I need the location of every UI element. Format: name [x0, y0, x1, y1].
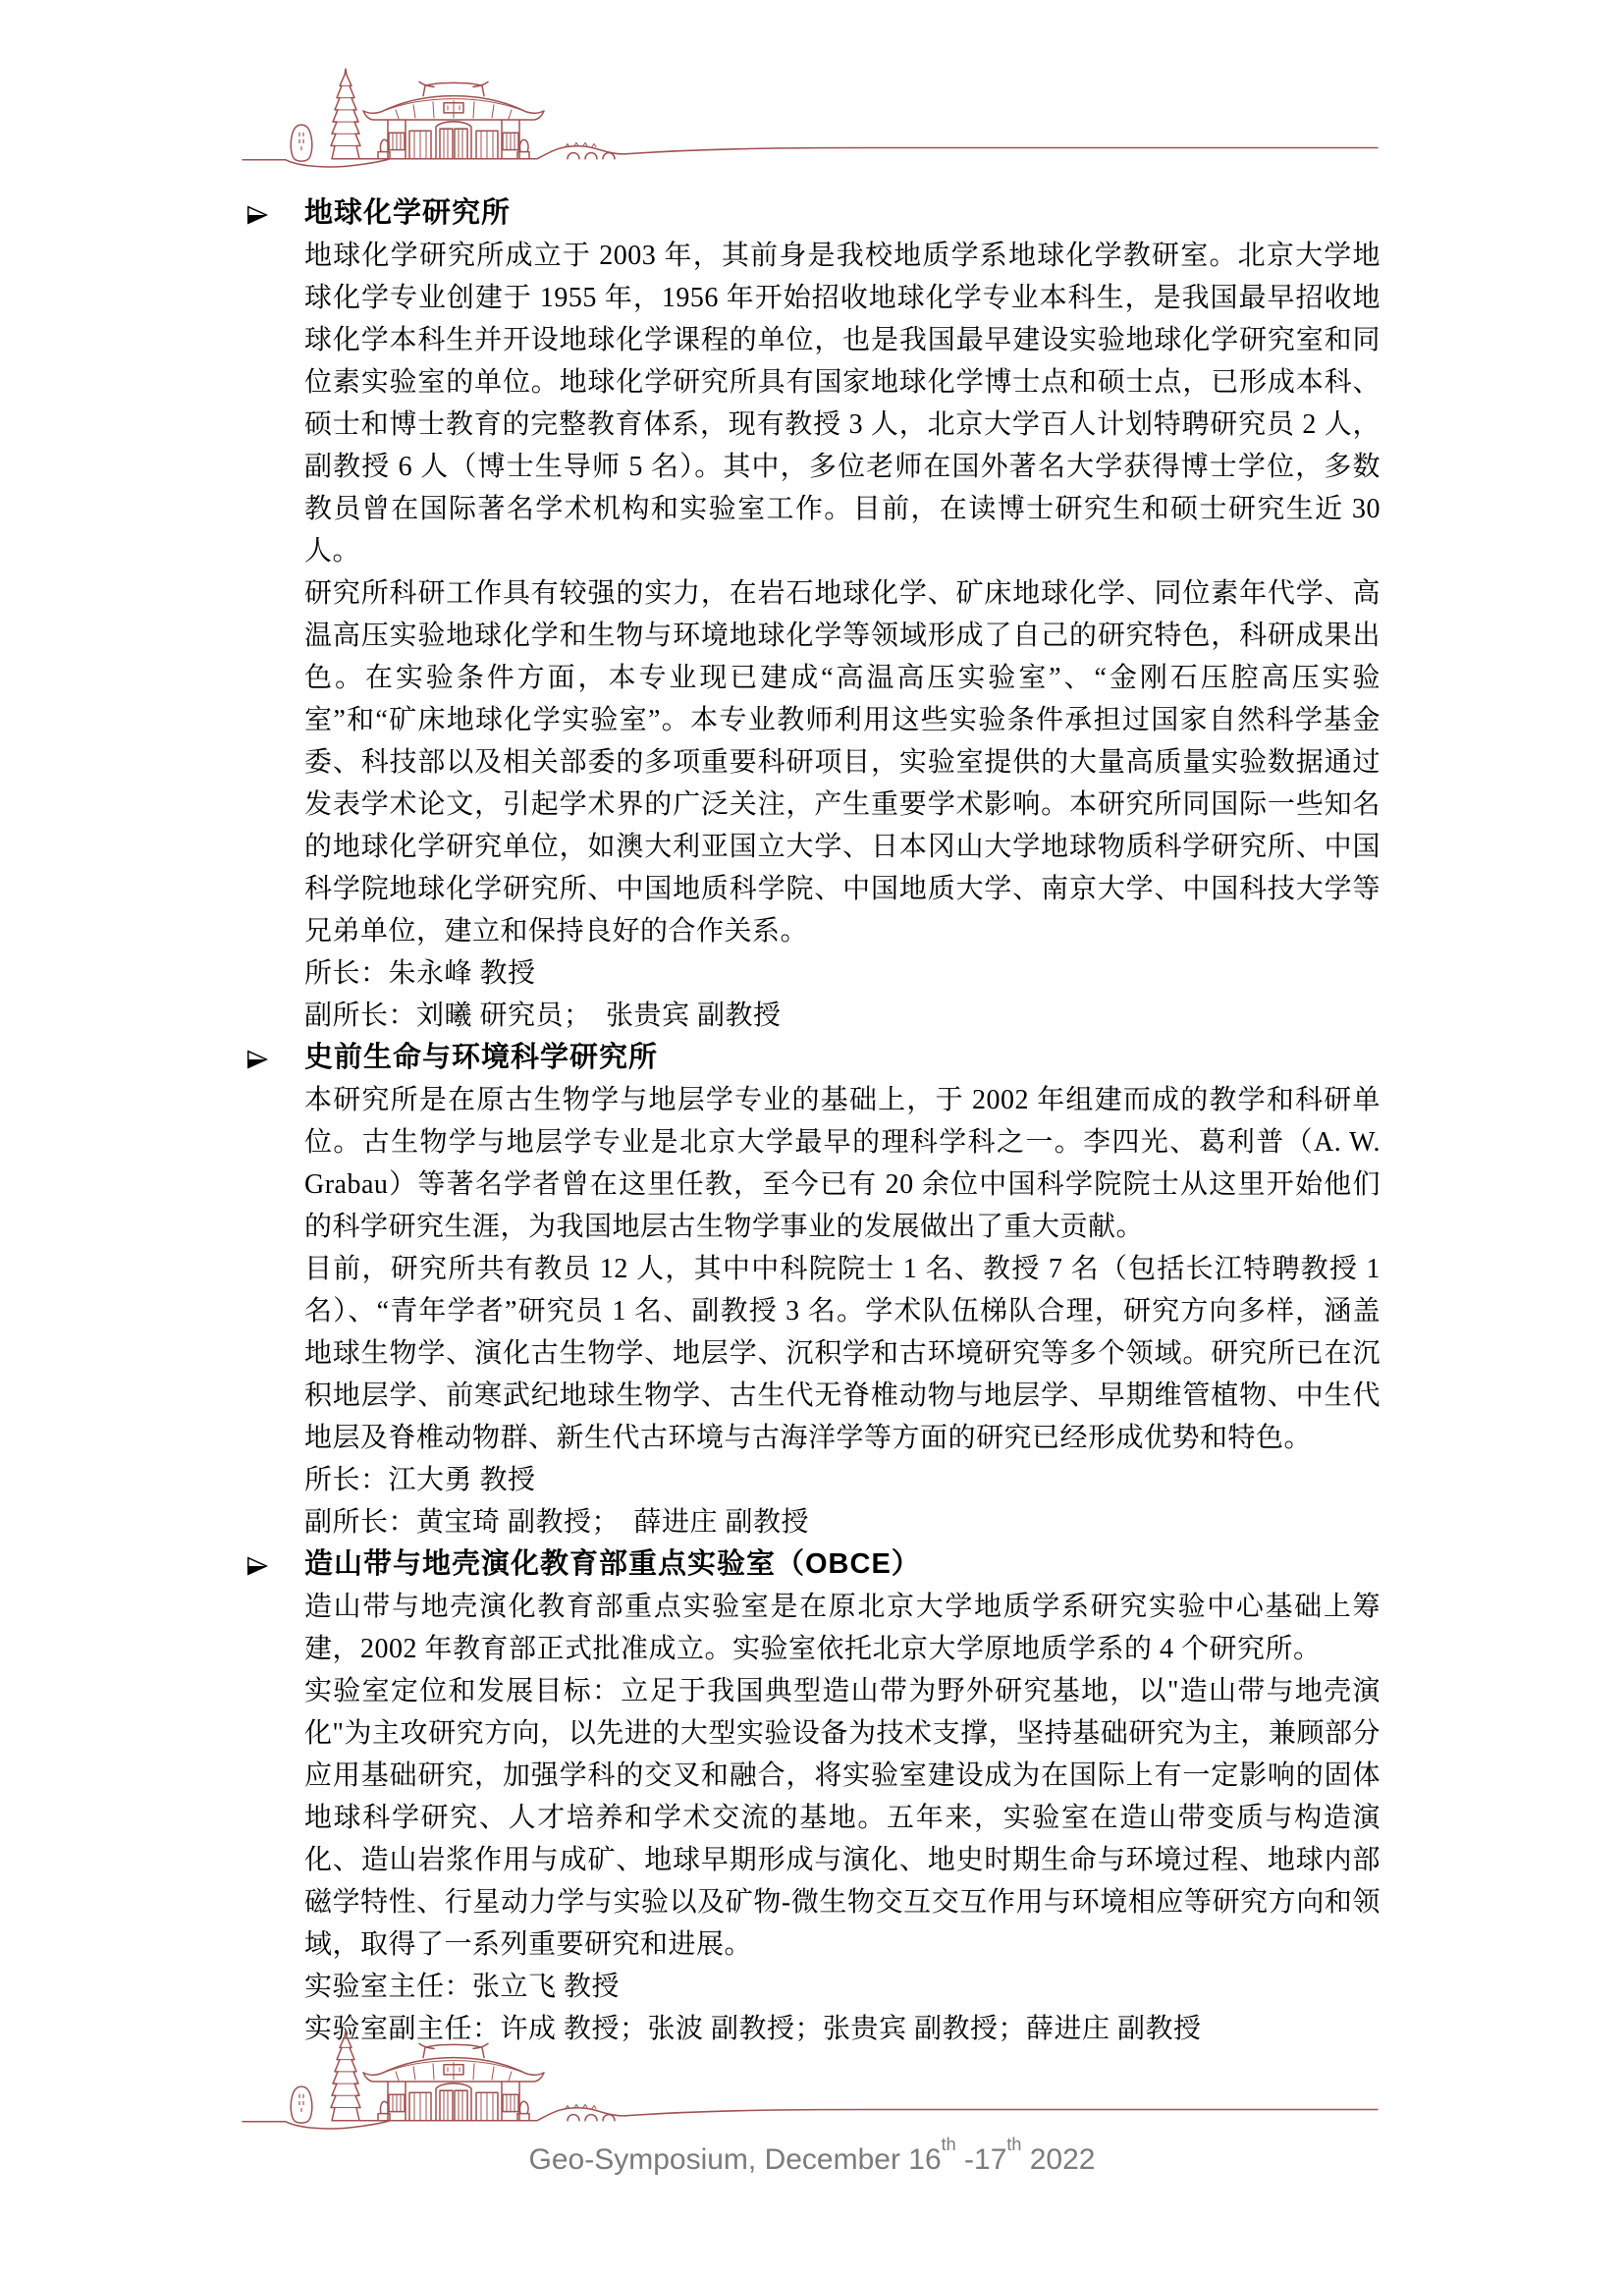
section-paragraph: 造山带与地壳演化教育部重点实验室是在原北京大学地质学系研究实验中心基础上筹建，2… [304, 1586, 1380, 1670]
pku-west-gate-drawing-footer [241, 2025, 1380, 2135]
footer-text-mid: -17 [956, 2143, 1007, 2176]
section-paragraph: 目前，研究所共有教员 12 人，其中中科院院士 1 名、教授 7 名（包括长江特… [304, 1248, 1380, 1459]
section-obce-lab: 造山带与地壳演化教育部重点实验室（OBCE） 造山带与地壳演化教育部重点实验室是… [304, 1543, 1380, 2050]
section-title: 地球化学研究所 [304, 197, 511, 229]
deputy-director-line: 副所长：刘曦 研究员； 张贵宾 副教授 [304, 995, 1380, 1037]
footer-text-prefix: Geo-Symposium, December 16 [529, 2143, 942, 2176]
bullet-arrowhead-icon [245, 1552, 269, 1576]
section-paragraph: 实验室定位和发展目标：立足于我国典型造山带为野外研究基地，以"造山带与地壳演化"… [304, 1670, 1380, 1966]
section-paragraph: 本研究所是在原古生物学与地层学专业的基础上，于 2002 年组建而成的教学和科研… [304, 1079, 1380, 1248]
section-prehistoric-life: 史前生命与环境科学研究所 本研究所是在原古生物学与地层学专业的基础上，于 200… [304, 1037, 1380, 1543]
section-title: 史前生命与环境科学研究所 [304, 1042, 658, 1073]
document-page: 地球化学研究所 地球化学研究所成立于 2003 年，其前身是我校地质学系地球化学… [0, 0, 1624, 2274]
director-line: 所长：朱永峰 教授 [304, 952, 1380, 995]
footer-ordinal-suffix: th [942, 2135, 956, 2154]
section-heading: 史前生命与环境科学研究所 [304, 1037, 1380, 1079]
bullet-arrowhead-icon [245, 201, 269, 225]
section-paragraph: 研究所科研工作具有较强的实力，在岩石地球化学、矿床地球化学、同位素年代学、高温高… [304, 572, 1380, 952]
deputy-director-line: 副所长：黄宝琦 副教授； 薛进庄 副教授 [304, 1501, 1380, 1543]
footer-text-suffix: 2022 [1021, 2143, 1095, 2176]
pku-west-gate-drawing-header [241, 63, 1380, 173]
section-geochemistry: 地球化学研究所 地球化学研究所成立于 2003 年，其前身是我校地质学系地球化学… [304, 192, 1380, 1037]
section-heading: 地球化学研究所 [304, 192, 1380, 235]
footer-ordinal-suffix: th [1006, 2135, 1021, 2154]
document-body: 地球化学研究所 地球化学研究所成立于 2003 年，其前身是我校地质学系地球化学… [304, 192, 1380, 2050]
director-line: 所长：江大勇 教授 [304, 1459, 1380, 1501]
section-heading: 造山带与地壳演化教育部重点实验室（OBCE） [304, 1543, 1380, 1586]
section-title: 造山带与地壳演化教育部重点实验室（OBCE） [304, 1548, 921, 1580]
lab-director-line: 实验室主任：张立飞 教授 [304, 1966, 1380, 2008]
section-paragraph: 地球化学研究所成立于 2003 年，其前身是我校地质学系地球化学教研室。北京大学… [304, 235, 1380, 572]
bullet-arrowhead-icon [245, 1046, 269, 1069]
footer-symposium-date: Geo-Symposium, December 16th -17th 2022 [0, 2142, 1624, 2177]
